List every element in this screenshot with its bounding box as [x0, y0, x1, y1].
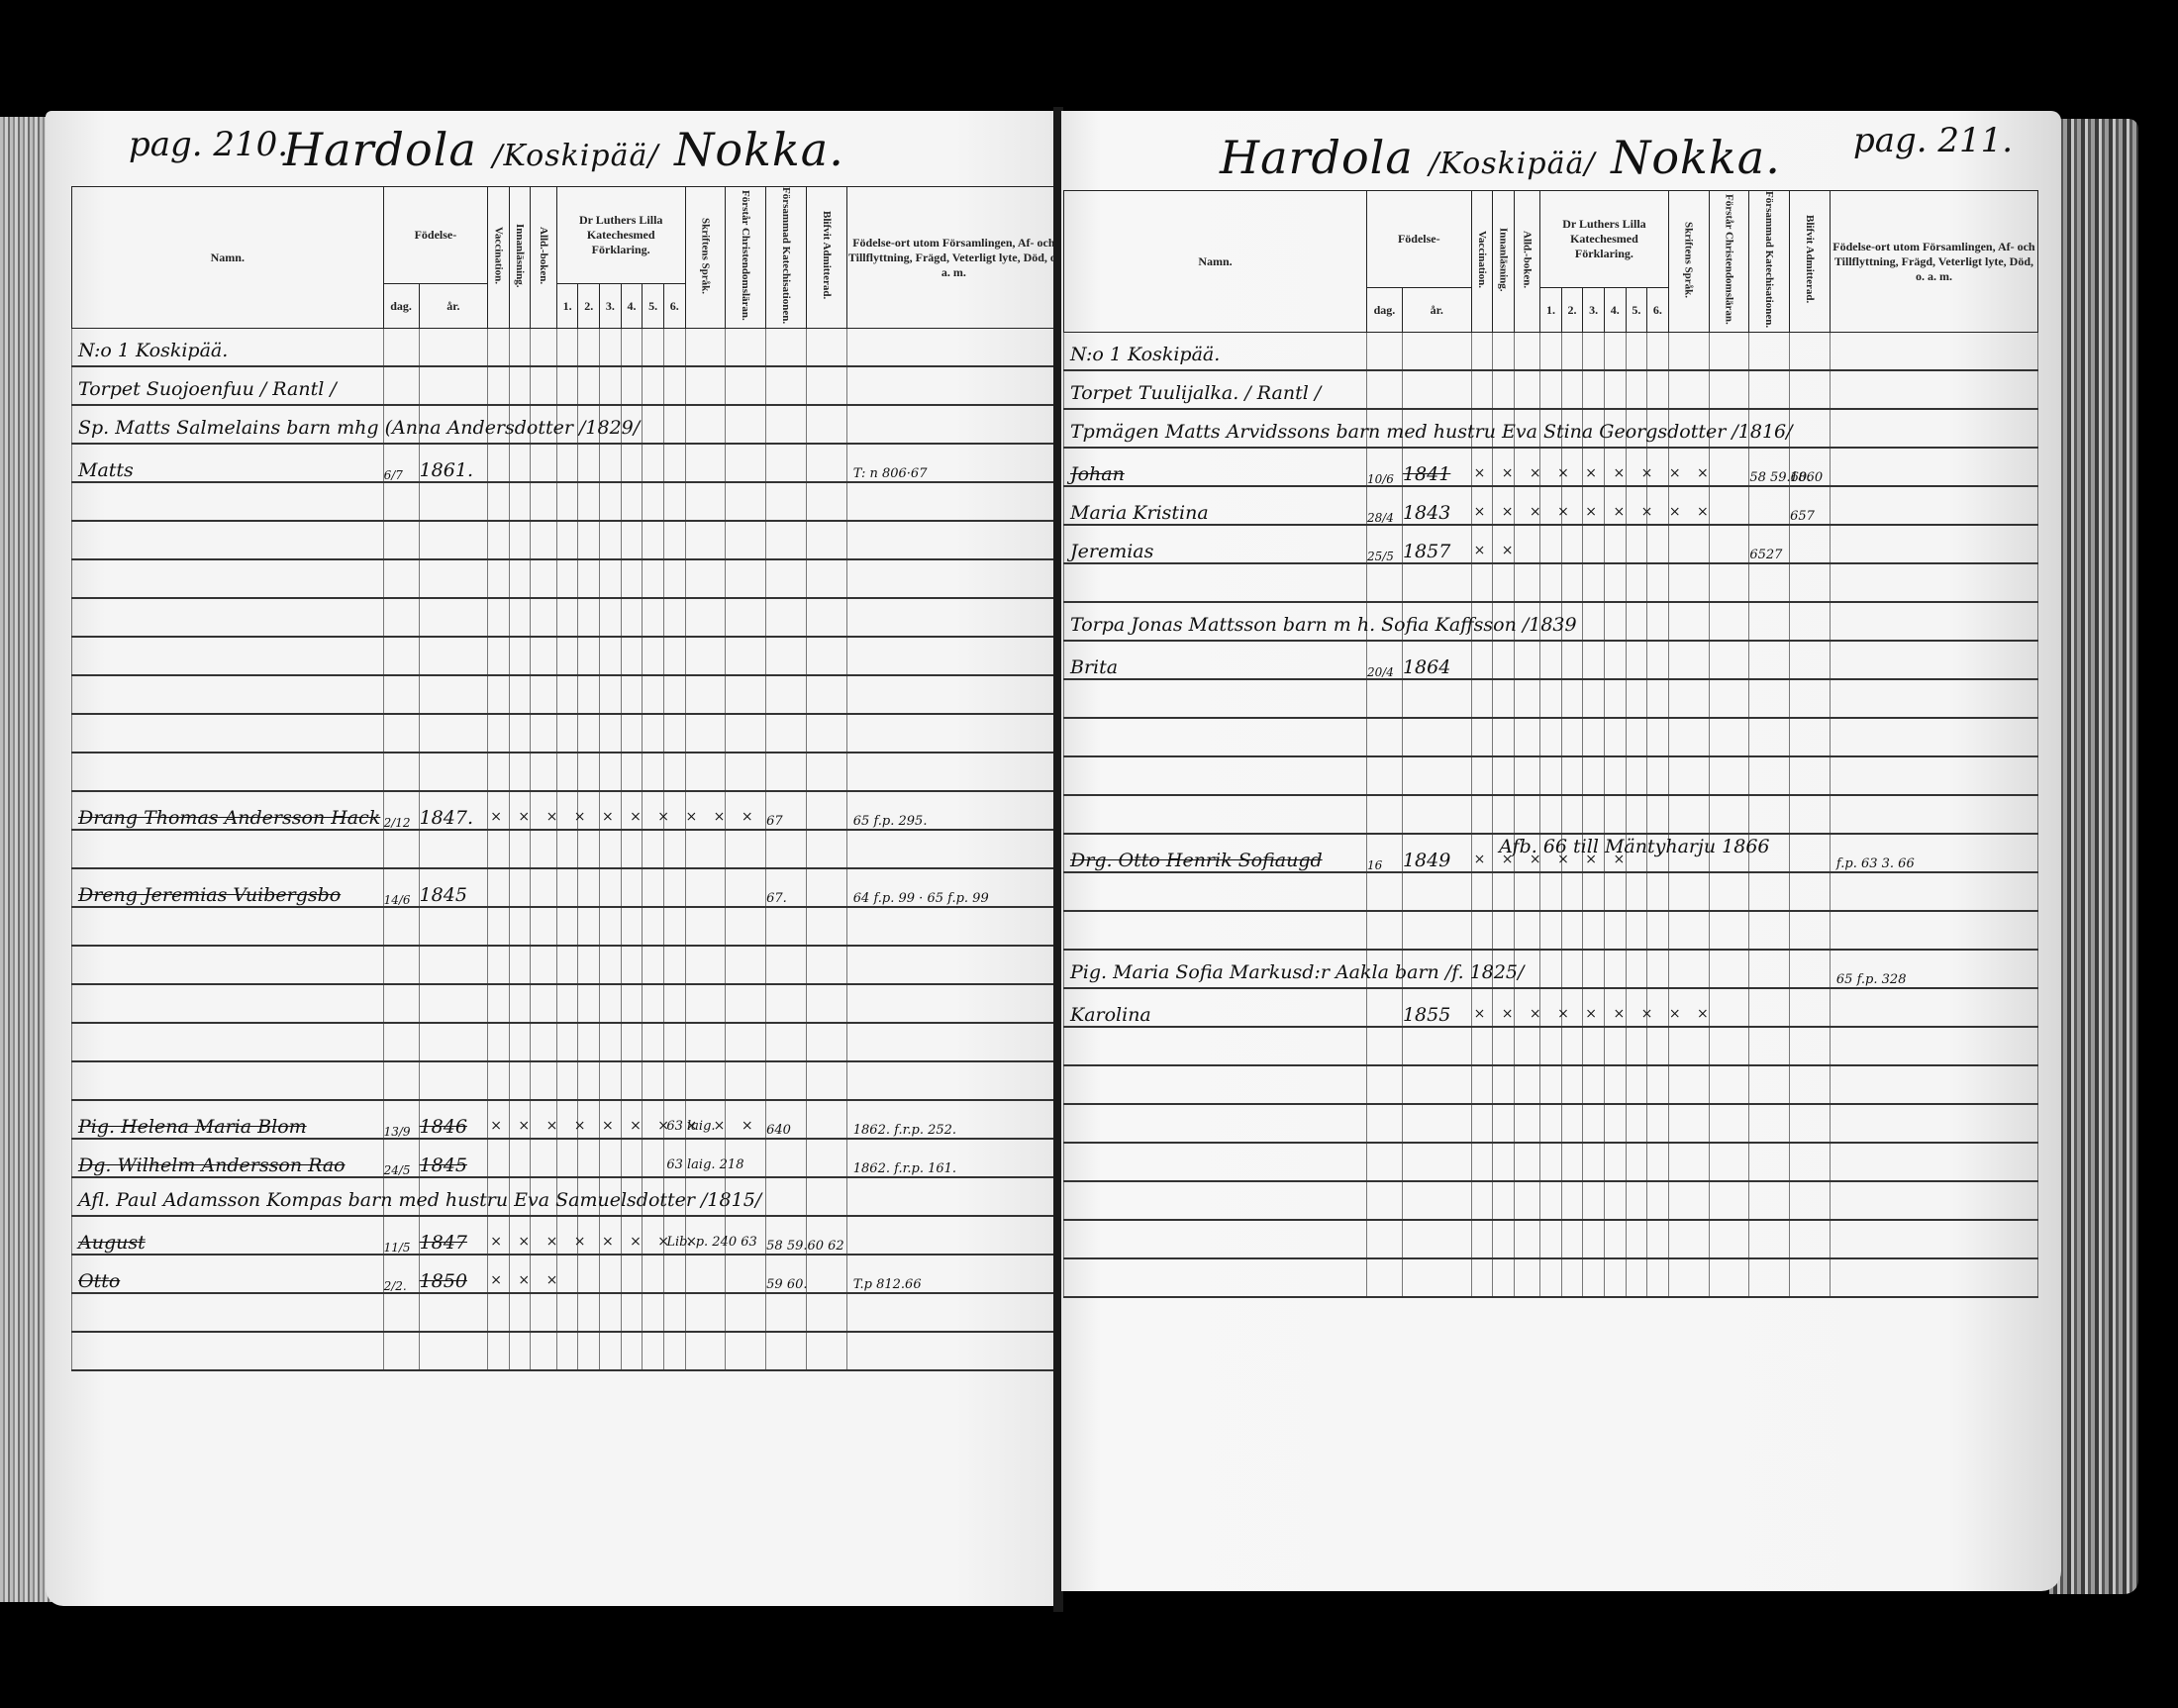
register-cell [1790, 370, 1831, 409]
register-cell [1583, 1065, 1605, 1104]
register-cell [685, 791, 726, 830]
register-cell [1749, 834, 1790, 872]
register-cell [1493, 1104, 1515, 1143]
register-cell: 1862. f.r.p. 161. [846, 1139, 1060, 1177]
register-cell [1830, 1104, 2037, 1143]
register-cell [726, 637, 766, 675]
register-cell [531, 329, 556, 367]
register-cell [766, 1177, 807, 1216]
register-row: Maria Kristina28/41843× × × × × × × × ×6… [1064, 486, 2038, 525]
register-cell [1749, 333, 1790, 371]
register-cell [1749, 988, 1790, 1027]
register-cell [663, 984, 685, 1023]
register-cell [1514, 448, 1539, 486]
register-cell [806, 753, 846, 791]
register-cell [1514, 718, 1539, 756]
register-cell [621, 1023, 643, 1061]
register-cell [578, 830, 600, 868]
register-cell [806, 329, 846, 367]
register-cell [1514, 1258, 1539, 1297]
register-cell [1583, 795, 1605, 834]
register-cell [1604, 795, 1626, 834]
register-cell [578, 598, 600, 637]
register-cell [531, 405, 556, 444]
register-cell [846, 830, 1060, 868]
register-cell [846, 675, 1060, 714]
register-cell [509, 405, 531, 444]
register-cell: × × × × × × × × × × [488, 1100, 510, 1139]
register-row [72, 946, 1061, 984]
register-cell [1790, 988, 1831, 1027]
register-cell [419, 521, 488, 559]
register-cell [72, 984, 384, 1023]
register-cell: 1847 [419, 1216, 488, 1255]
register-cell [1604, 333, 1626, 371]
register-cell [1709, 1258, 1749, 1297]
register-cell [531, 1023, 556, 1061]
register-cell [1830, 679, 2037, 718]
register-cell [1471, 950, 1493, 988]
register-cell [643, 521, 664, 559]
register-cell [1749, 872, 1790, 911]
register-cell [1709, 602, 1749, 641]
register-row [1064, 1258, 2038, 1297]
register-cell [419, 907, 488, 946]
person-name: Drg. Otto Henrik Sofiaugd [1070, 850, 1323, 871]
register-cell [1402, 1104, 1471, 1143]
register-cell [685, 482, 726, 521]
register-cell [72, 637, 384, 675]
register-cell [531, 1177, 556, 1216]
register-cell [621, 1061, 643, 1100]
register-cell [1514, 486, 1539, 525]
register-cell [846, 1216, 1060, 1255]
register-cell [643, 868, 664, 907]
register-cell [556, 907, 578, 946]
register-cell [556, 1177, 578, 1216]
register-cell [1402, 1181, 1471, 1220]
register-cell [1604, 834, 1626, 872]
register-cell [509, 1332, 531, 1370]
register-cell [1366, 370, 1402, 409]
register-row [1064, 563, 2038, 602]
register-cell [621, 1255, 643, 1293]
register-cell [1647, 333, 1669, 371]
register-cell [766, 946, 807, 984]
register-cell [1668, 563, 1709, 602]
register-cell [1493, 370, 1515, 409]
register-cell [1668, 525, 1709, 563]
register-cell [383, 984, 419, 1023]
register-cell [419, 984, 488, 1023]
register-cell [419, 1293, 488, 1332]
register-cell [1064, 1220, 1367, 1258]
column-header-cat-3: 3. [1583, 288, 1605, 333]
register-cell [1402, 1027, 1471, 1065]
register-cell: Torpet Tuulijalka. / Rantl / [1064, 370, 1367, 409]
register-row: Afl. Paul Adamsson Kompas barn med hustr… [72, 1177, 1061, 1216]
register-cell: Johan [1064, 448, 1367, 486]
register-cell [1790, 795, 1831, 834]
register-cell [846, 482, 1060, 521]
register-cell: 25/5 [1366, 525, 1402, 563]
register-cell [1583, 1258, 1605, 1297]
register-cell [1540, 641, 1562, 679]
register-cell [1402, 718, 1471, 756]
column-header-forsta-christendomslarans: Förstår Christendomsläran. [1709, 191, 1749, 333]
register-cell [600, 521, 622, 559]
register-cell [726, 366, 766, 405]
register-cell [1493, 448, 1515, 486]
register-cell [1668, 679, 1709, 718]
register-cell [1709, 872, 1749, 911]
register-cell [685, 598, 726, 637]
register-cell [600, 405, 622, 444]
register-cell: 58 59.60 62 [766, 1216, 807, 1255]
register-row: N:o 1 Koskipää. [1064, 333, 2038, 371]
register-cell [643, 1139, 664, 1177]
register-cell [1668, 1258, 1709, 1297]
register-cell [726, 598, 766, 637]
register-cell [1561, 872, 1583, 911]
register-cell [685, 559, 726, 598]
register-cell [1402, 370, 1471, 409]
register-cell [578, 329, 600, 367]
register-cell [1540, 1181, 1562, 1220]
register-cell [806, 1216, 846, 1255]
register-cell [621, 1216, 643, 1255]
register-cell [621, 521, 643, 559]
title-place: /Koskipää/ [1429, 147, 1595, 181]
register-cell [488, 405, 510, 444]
register-cell [578, 1216, 600, 1255]
admitted-year: 1860 [1790, 470, 1823, 485]
register-cell [806, 482, 846, 521]
column-header-fodelse-ort: Födelse-ort utom Församlingen, Af- och T… [846, 187, 1060, 329]
register-cell [1668, 1104, 1709, 1143]
register-cell [509, 946, 531, 984]
register-cell [643, 482, 664, 521]
register-cell [1709, 679, 1749, 718]
register-cell [509, 907, 531, 946]
column-header-alld-boken: Alld.-boken. [531, 187, 556, 329]
birth-year: 1855 [1403, 1004, 1450, 1026]
register-cell [726, 405, 766, 444]
register-cell [383, 482, 419, 521]
register-cell [726, 946, 766, 984]
person-name: August [78, 1232, 146, 1254]
register-cell [1064, 911, 1367, 950]
register-cell [1583, 834, 1605, 872]
register-cell [1402, 1065, 1471, 1104]
catechisation-years: 6527 [1749, 548, 1782, 562]
register-cell [1790, 756, 1831, 795]
register-cell [643, 1216, 664, 1255]
register-cell [621, 329, 643, 367]
register-cell: Tpmägen Matts Arvidssons barn med hustru… [1064, 409, 1367, 448]
register-cell [806, 984, 846, 1023]
register-cell [1626, 834, 1647, 872]
birth-day: 2/12 [384, 817, 411, 829]
register-cell [1402, 911, 1471, 950]
register-cell [556, 329, 578, 367]
register-cell [1647, 756, 1669, 795]
register-cell: 1861. [419, 444, 488, 482]
register-cell [1402, 1258, 1471, 1297]
register-cell [1540, 1104, 1562, 1143]
register-cell [846, 405, 1060, 444]
register-cell [1402, 602, 1471, 641]
register-row: Johan10/61841× × × × × × × × ×58 59.60.1… [1064, 448, 2038, 486]
household-heading: Torpet Tuulijalka. / Rantl / [1070, 382, 1321, 404]
title-village: Nokka. [1611, 131, 1781, 184]
register-cell: 1847. [419, 791, 488, 830]
register-cell [1561, 448, 1583, 486]
register-cell [578, 1061, 600, 1100]
register-cell [1830, 1181, 2037, 1220]
register-cell [578, 521, 600, 559]
register-cell [531, 444, 556, 482]
register-cell [663, 830, 685, 868]
register-cell [1626, 988, 1647, 1027]
register-cell [726, 521, 766, 559]
register-cell [1366, 602, 1402, 641]
register-cell [509, 675, 531, 714]
register-cell [1493, 641, 1515, 679]
register-cell [600, 598, 622, 637]
register-cell [1790, 1181, 1831, 1220]
register-cell: Matts [72, 444, 384, 482]
column-header-ar: år. [1402, 288, 1471, 333]
register-cell [600, 1293, 622, 1332]
register-cell [556, 791, 578, 830]
column-header-label: Blifvit Admitterad. [1804, 215, 1816, 303]
register-cell [419, 1023, 488, 1061]
register-cell [556, 1061, 578, 1100]
register-cell [1749, 409, 1790, 448]
register-cell [1471, 1027, 1493, 1065]
register-cell: Afb. 66 till Mäntyharju 1866 [1493, 834, 1515, 872]
register-cell [846, 907, 1060, 946]
register-cell [1540, 1220, 1562, 1258]
register-cell [1493, 756, 1515, 795]
register-cell [1830, 988, 2037, 1027]
register-cell [1749, 1065, 1790, 1104]
register-cell [1514, 409, 1539, 448]
register-cell [726, 714, 766, 753]
catechisation-years: 67. [766, 891, 787, 906]
register-cell [1064, 872, 1367, 911]
register-cell [1709, 988, 1749, 1027]
register-cell [419, 637, 488, 675]
register-cell: × × × × × × [1471, 834, 1493, 872]
register-cell [509, 559, 531, 598]
column-header-forsamlad-katechisationen: Försammad Katechisationen. [1749, 191, 1790, 333]
register-cell [621, 1177, 643, 1216]
column-header-label: Innanläsning. [1497, 228, 1509, 292]
column-header-cat-3: 3. [600, 284, 622, 329]
birth-day: 10/6 [1367, 473, 1394, 485]
register-cell [1583, 950, 1605, 988]
register-cell [600, 984, 622, 1023]
register-cell [1604, 563, 1626, 602]
birth-day: 25/5 [1367, 551, 1394, 562]
register-cell [383, 637, 419, 675]
register-cell [1830, 1027, 2037, 1065]
register-cell [806, 1100, 846, 1139]
register-cell [1749, 1181, 1790, 1220]
register-cell [643, 1255, 664, 1293]
register-cell [578, 714, 600, 753]
register-cell [685, 946, 726, 984]
register-cell [419, 1332, 488, 1370]
register-cell [1583, 1181, 1605, 1220]
register-cell [1626, 1104, 1647, 1143]
register-cell [1626, 911, 1647, 950]
column-header-label: Skriftens Språk. [699, 218, 711, 294]
register-cell [846, 329, 1060, 367]
register-cell [766, 1293, 807, 1332]
register-cell [663, 444, 685, 482]
register-cell [1709, 333, 1749, 371]
register-cell [578, 482, 600, 521]
register-cell [621, 559, 643, 598]
register-cell [1561, 1181, 1583, 1220]
birth-year: 1857 [1403, 541, 1450, 562]
register-cell [419, 830, 488, 868]
register-cell [766, 1139, 807, 1177]
register-cell [419, 753, 488, 791]
register-cell [531, 1255, 556, 1293]
register-cell [1583, 448, 1605, 486]
register-cell [488, 1177, 510, 1216]
register-cell [1709, 486, 1749, 525]
column-header-fodelse: Födelse- [383, 187, 488, 284]
register-cell [663, 675, 685, 714]
register-cell [846, 1293, 1060, 1332]
register-cell [766, 753, 807, 791]
register-cell [1749, 1104, 1790, 1143]
register-cell [766, 907, 807, 946]
register-cell [509, 366, 531, 405]
register-cell [806, 1177, 846, 1216]
register-row [72, 482, 1061, 521]
register-cell: 1860 [1790, 448, 1831, 486]
column-header-cat-5: 5. [1626, 288, 1647, 333]
register-cell [766, 598, 807, 637]
register-cell [1471, 1065, 1493, 1104]
register-row: Pig. Maria Sofia Markusd:r Aakla barn /f… [1064, 950, 2038, 988]
register-cell [1604, 718, 1626, 756]
register-cell [806, 521, 846, 559]
register-cell [383, 907, 419, 946]
register-cell [1626, 718, 1647, 756]
register-cell [1471, 563, 1493, 602]
register-cell [488, 598, 510, 637]
register-cell [1366, 988, 1402, 1027]
register-cell [1749, 679, 1790, 718]
register-cell: 20/4 [1366, 641, 1402, 679]
register-cell [600, 830, 622, 868]
register-cell [578, 753, 600, 791]
remarks-note: 64 f.p. 99 · 65 f.p. 99 [847, 891, 989, 906]
register-cell [1561, 988, 1583, 1027]
register-cell [1647, 525, 1669, 563]
column-header-label: Alld.-boken. [538, 227, 549, 284]
register-cell [600, 753, 622, 791]
register-cell [766, 444, 807, 482]
register-cell [383, 830, 419, 868]
register-cell [1830, 602, 2037, 641]
register-cell [1749, 795, 1790, 834]
register-row [72, 753, 1061, 791]
register-cell [578, 1139, 600, 1177]
register-cell [1749, 1027, 1790, 1065]
register-cell [643, 830, 664, 868]
column-header-namn: Namn. [1064, 191, 1367, 333]
register-cell [1604, 486, 1626, 525]
register-cell [621, 868, 643, 907]
person-name: Matts [78, 459, 134, 481]
register-cell [1583, 563, 1605, 602]
birth-day: 13/9 [384, 1126, 411, 1138]
register-cell: N:o 1 Koskipää. [1064, 333, 1367, 371]
register-cell [1540, 872, 1562, 911]
register-cell [600, 1216, 622, 1255]
register-cell [1668, 333, 1709, 371]
register-cell: f.p. 63 3. 66 [1830, 834, 2037, 872]
register-cell [1493, 1143, 1515, 1181]
register-cell [1830, 486, 2037, 525]
birth-year: 1841 [1403, 463, 1450, 485]
register-cell: Pig. Helena Maria Blom [72, 1100, 384, 1139]
register-cell [1561, 370, 1583, 409]
register-cell [806, 559, 846, 598]
register-cell [383, 366, 419, 405]
register-cell [488, 984, 510, 1023]
birth-day: 6/7 [384, 469, 403, 481]
register-cell [531, 868, 556, 907]
register-cell [1604, 756, 1626, 795]
register-cell [1626, 602, 1647, 641]
page-title: Hardola /Koskipää/ Nokka. [1220, 131, 1781, 184]
register-cell [578, 946, 600, 984]
register-cell: 2/2. [383, 1255, 419, 1293]
register-cell: 1855 [1402, 988, 1471, 1027]
birth-year: 1861. [420, 459, 473, 481]
register-cell [1540, 409, 1562, 448]
register-row [1064, 1104, 2038, 1143]
register-cell: Dg. Wilhelm Andersson Rao [72, 1139, 384, 1177]
register-cell [578, 984, 600, 1023]
register-cell [685, 1293, 726, 1332]
register-cell [1064, 1143, 1367, 1181]
register-cell [643, 1061, 664, 1100]
register-row: Dreng Jeremias Vuibergsbo14/6184567.64 f… [72, 868, 1061, 907]
register-cell [531, 366, 556, 405]
register-cell [1709, 950, 1749, 988]
register-cell [1471, 602, 1493, 641]
register-cell [643, 1100, 664, 1139]
register-cell [1647, 1104, 1669, 1143]
register-cell: 2/12 [383, 791, 419, 830]
register-cell [1749, 911, 1790, 950]
register-cell [766, 482, 807, 521]
register-cell [1790, 834, 1831, 872]
column-header-dag: dag. [383, 284, 419, 329]
column-header-cat-6: 6. [1647, 288, 1669, 333]
register-cell [1583, 988, 1605, 1027]
